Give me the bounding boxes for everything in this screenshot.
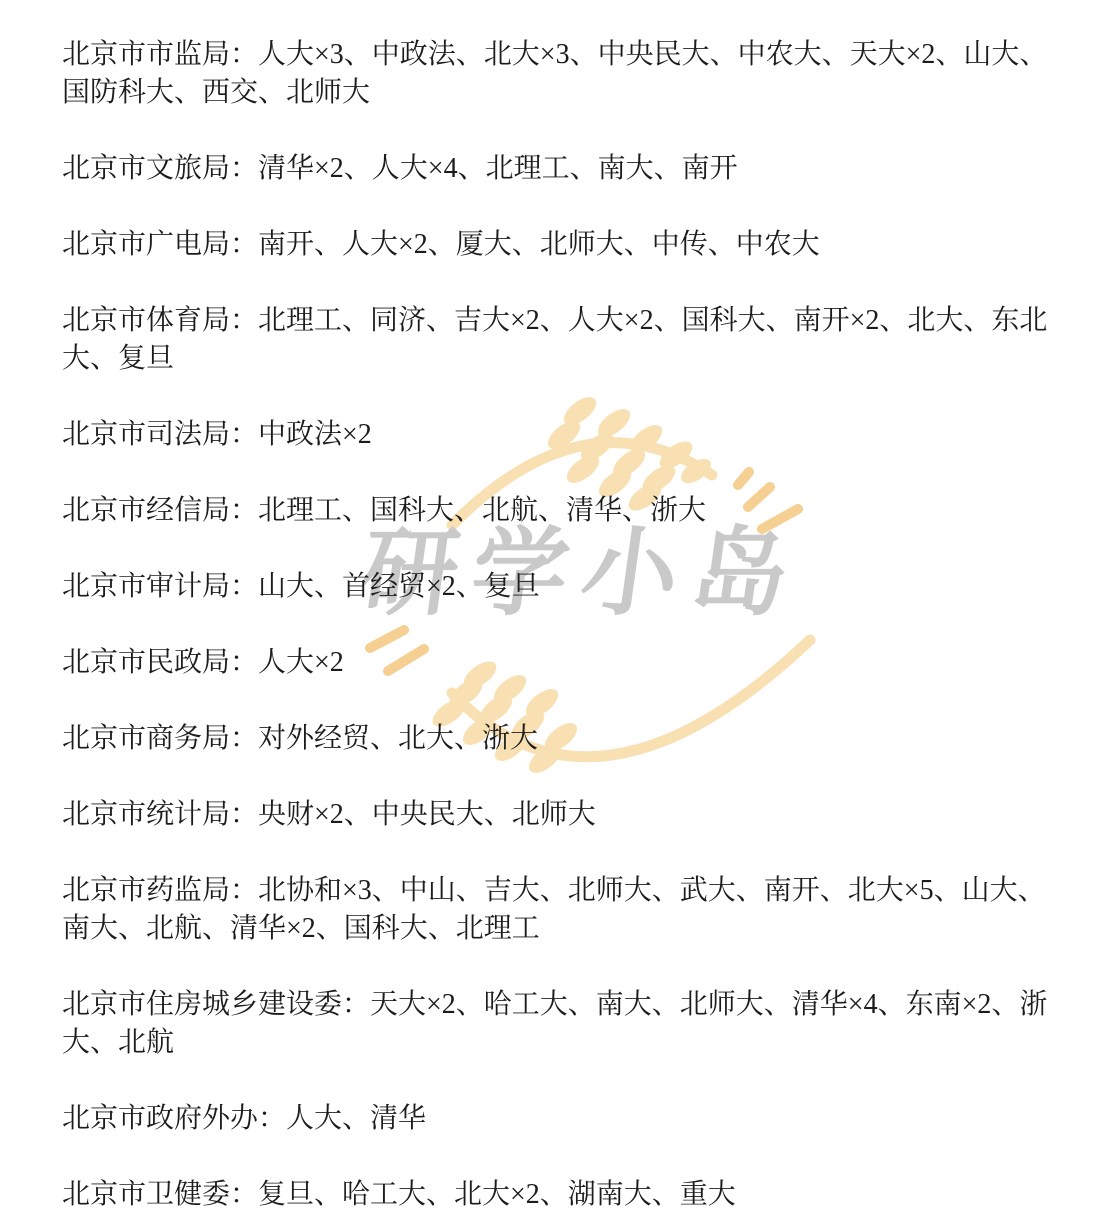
agency-label: 北京市审计局：: [62, 571, 258, 602]
agency-entry: 北京市体育局：北理工、同济、吉大×2、人大×2、国科大、南开×2、北大、东北大、…: [62, 302, 1060, 378]
universities-text: 北理工、国科大、北航、清华、浙大: [258, 495, 706, 526]
universities-text: 人大×2: [258, 647, 344, 678]
agency-entry: 北京市住房城乡建设委：天大×2、哈工大、南大、北师大、清华×4、东南×2、浙大、…: [62, 986, 1060, 1062]
agency-entry: 北京市广电局：南开、人大×2、厦大、北师大、中传、中农大: [62, 226, 1060, 264]
agency-entry: 北京市文旅局：清华×2、人大×4、北理工、南大、南开: [62, 150, 1060, 188]
universities-text: 人大、清华: [286, 1103, 426, 1134]
agency-entry: 北京市统计局：央财×2、中央民大、北师大: [62, 796, 1060, 834]
agency-entry: 北京市卫健委：复旦、哈工大、北大×2、湖南大、重大: [62, 1176, 1060, 1214]
agency-label: 北京市文旅局：: [62, 153, 258, 184]
universities-text: 复旦、哈工大、北大×2、湖南大、重大: [258, 1179, 736, 1210]
agency-label: 北京市政府外办：: [62, 1103, 286, 1134]
agency-label: 北京市民政局：: [62, 647, 258, 678]
agency-label: 北京市统计局：: [62, 799, 258, 830]
agency-entry: 北京市商务局：对外经贸、北大、浙大: [62, 720, 1060, 758]
universities-text: 央财×2、中央民大、北师大: [258, 799, 596, 830]
agency-entry: 北京市民政局：人大×2: [62, 644, 1060, 682]
agency-label: 北京市体育局：: [62, 305, 258, 336]
agency-entry: 北京市司法局：中政法×2: [62, 416, 1060, 454]
document-body: 北京市市监局：人大×3、中政法、北大×3、中央民大、中农大、天大×2、山大、国防…: [0, 0, 1116, 1214]
agency-label: 北京市住房城乡建设委：: [62, 989, 370, 1020]
universities-text: 山大、首经贸×2、复旦: [258, 571, 540, 602]
agency-label: 北京市司法局：: [62, 419, 258, 450]
agency-entry: 北京市市监局：人大×3、中政法、北大×3、中央民大、中农大、天大×2、山大、国防…: [62, 36, 1060, 112]
agency-entry: 北京市政府外办：人大、清华: [62, 1100, 1060, 1138]
agency-entry: 北京市经信局：北理工、国科大、北航、清华、浙大: [62, 492, 1060, 530]
universities-text: 南开、人大×2、厦大、北师大、中传、中农大: [258, 229, 820, 260]
agency-label: 北京市广电局：: [62, 229, 258, 260]
universities-text: 对外经贸、北大、浙大: [258, 723, 538, 754]
universities-text: 中政法×2: [258, 419, 372, 450]
agency-label: 北京市经信局：: [62, 495, 258, 526]
agency-entry: 北京市审计局：山大、首经贸×2、复旦: [62, 568, 1060, 606]
agency-entry: 北京市药监局：北协和×3、中山、吉大、北师大、武大、南开、北大×5、山大、南大、…: [62, 872, 1060, 948]
universities-text: 清华×2、人大×4、北理工、南大、南开: [258, 153, 738, 184]
agency-label: 北京市药监局：: [62, 875, 258, 906]
agency-label: 北京市商务局：: [62, 723, 258, 754]
agency-label: 北京市卫健委：: [62, 1179, 258, 1210]
agency-label: 北京市市监局：: [62, 39, 258, 70]
